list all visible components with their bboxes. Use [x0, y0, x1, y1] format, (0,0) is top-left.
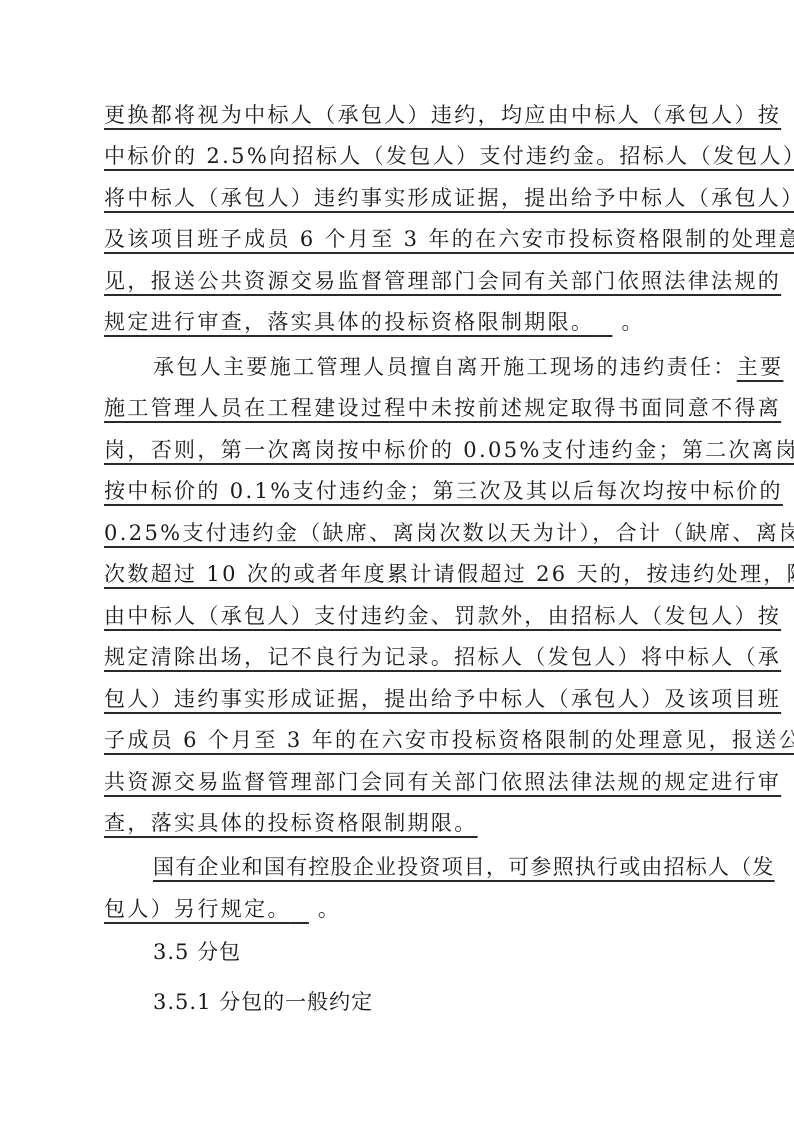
text-line: 及该项目班子成员 6 个月至 3 年的在六安市投标资格限制的处理意 — [104, 224, 692, 254]
text-line: 0.25%支付违约金（缺席、离岗次数以天为计），合计（缺席、离岗） — [104, 518, 692, 548]
document-page: 更换都将视为中标人（承包人）违约，均应由中标人（承包人）按 中标价的 2.5%向… — [0, 0, 794, 1122]
section-heading-3-5-1: 3.5.1 分包的一般约定 — [153, 987, 373, 1017]
text-line: 按中标价的 0.1%支付违约金；第三次及其以后每次均按中标价的 — [104, 476, 692, 506]
trailing-period: 。 — [612, 310, 644, 334]
section-number: 3.5 — [153, 940, 189, 964]
text-line: 子成员 6 个月至 3 年的在六安市投标资格限制的处理意见，报送公 — [104, 725, 692, 755]
section-number: 3.5.1 — [153, 990, 211, 1014]
section-title: 分包 — [197, 940, 241, 964]
section-title: 分包的一般约定 — [219, 990, 373, 1014]
text-line: 将中标人（承包人）违约事实形成证据，提出给予中标人（承包人） — [104, 183, 692, 213]
text-line: 共资源交易监督管理部门会同有关部门依照法律法规的规定进行审 — [104, 767, 692, 797]
trailing-period: 。 — [309, 897, 341, 921]
text-line: 承包人主要施工管理人员擅自离开施工现场的违约责任：主要 — [104, 352, 741, 382]
text-line: 包人）违约事实形成证据，提出给予中标人（承包人）及该项目班 — [104, 684, 692, 714]
paragraph-lead: 承包人主要施工管理人员擅自离开施工现场的违约责任： — [153, 355, 737, 379]
text-line: 规定进行审查，落实具体的投标资格限制期限。 。 — [104, 307, 692, 337]
section-heading-3-5: 3.5 分包 — [153, 937, 241, 967]
text-line: 中标价的 2.5%向招标人（发包人）支付违约金。招标人（发包人） — [104, 141, 692, 171]
text-line: 包人）另行规定。 。 — [104, 894, 692, 924]
text-line: 国有企业和国有控股企业投资项目，可参照执行或由招标人（发 — [104, 852, 741, 882]
text-line: 施工管理人员在工程建设过程中未按前述规定取得书面同意不得离 — [104, 393, 692, 423]
text-line: 见，报送公共资源交易监督管理部门会同有关部门依照法律法规的 — [104, 266, 692, 296]
text-line: 次数超过 10 次的或者年度累计请假超过 26 天的，按违约处理，除 — [104, 559, 692, 589]
text-line: 岗，否则，第一次离岗按中标价的 0.05%支付违约金；第二次离岗的 — [104, 435, 692, 465]
text-line: 规定清除出场，记不良行为记录。招标人（发包人）将中标人（承 — [104, 642, 692, 672]
text-line: 由中标人（承包人）支付违约金、罚款外，由招标人（发包人）按 — [104, 601, 692, 631]
text-line: 查，落实具体的投标资格限制期限。 — [104, 808, 692, 838]
text-line: 更换都将视为中标人（承包人）违约，均应由中标人（承包人）按 — [104, 100, 692, 130]
